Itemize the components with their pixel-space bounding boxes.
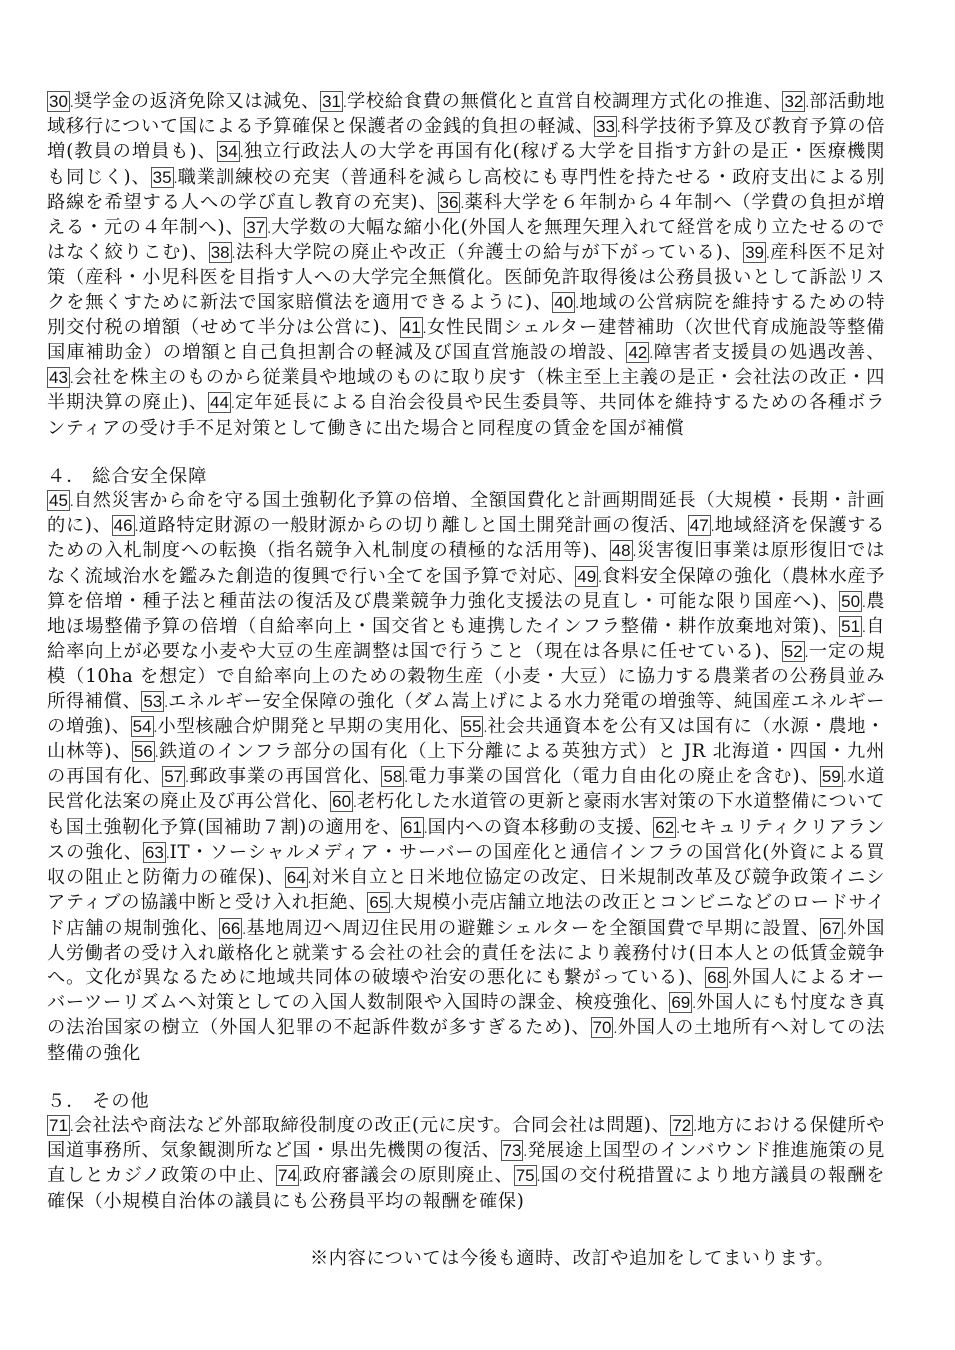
item-text: 基地周辺へ周辺住民用の避難シェルターを全額国費で早期に設置	[246, 918, 801, 939]
item-number-box: 48	[610, 540, 633, 561]
item-text: 政府審議会の原則廃止	[303, 1165, 495, 1186]
item-separator: 、	[556, 566, 575, 587]
item-separator: 、	[607, 342, 626, 363]
item-separator: 、	[762, 641, 781, 662]
item-number-box: 41	[400, 317, 423, 338]
policy-item: 30.奨学金の返済免除又は減免、	[47, 91, 320, 112]
item-number-box: 35	[151, 167, 174, 188]
item-separator: 、	[723, 242, 743, 263]
item-separator: 、	[380, 317, 400, 338]
item-separator: 、	[800, 766, 820, 787]
item-separator: 、	[348, 892, 367, 913]
item-text: 小型核融合炉開発と早期の実用化	[157, 716, 441, 737]
item-separator: 、	[575, 116, 594, 137]
item-number-box: 62	[653, 817, 676, 838]
policy-item: 71.会社法や商法など外部取締役制度の改正(元に戻す。合同会社は問題)、	[47, 1115, 670, 1136]
item-number-box: 64	[285, 867, 308, 888]
item-separator: 、	[533, 292, 552, 313]
item-separator: 、	[669, 515, 688, 536]
item-number-box: 73	[501, 1140, 524, 1161]
item-separator: 、	[189, 392, 208, 413]
item-number-box: 70	[591, 1017, 614, 1038]
item-text: 法科大学院の廃止や改正（弁護士の給与が下がっている)	[235, 242, 723, 263]
policy-item: 54.小型核融合炉開発と早期の実用化、	[131, 716, 461, 737]
policy-item: 31.学校給食費の無償化と直営自校調理方式化の推進、	[320, 91, 782, 112]
item-text: 学校給食費の無償化と直営自校調理方式化の推進	[347, 91, 764, 112]
item-number-box: 43	[47, 367, 70, 388]
item-number-box: 74	[276, 1165, 299, 1186]
item-number-box: 31	[320, 91, 343, 112]
item-separator: 、	[866, 342, 885, 363]
item-separator: 、	[764, 91, 783, 112]
item-separator: 、	[650, 992, 669, 1013]
item-number-box: 72	[670, 1115, 693, 1136]
item-number-box: 49	[575, 566, 598, 587]
item-separator: 、	[362, 766, 381, 787]
section-other: 71.会社法や商法など外部取締役制度の改正(元に戻す。合同会社は問題)、72.地…	[47, 1114, 885, 1214]
item-separator: 、	[265, 867, 285, 888]
item-separator: 、	[124, 842, 143, 863]
item-text: 電力事業の国営化（電力自由化の廃止を含む)	[408, 766, 800, 787]
item-number-box: 69	[669, 992, 692, 1013]
item-separator: 、	[801, 918, 820, 939]
item-separator: 、	[634, 817, 653, 838]
item-number-box: 61	[401, 817, 424, 838]
item-number-box: 45	[47, 490, 70, 511]
item-separator: 、	[820, 591, 839, 612]
policy-item: 46.道路特定財源の一般財源からの切り離しと国土開発計画の復活、	[112, 515, 688, 536]
item-number-box: 46	[112, 515, 135, 536]
item-separator: 、	[482, 1140, 501, 1161]
item-separator: 、	[189, 242, 209, 263]
item-separator: 、	[257, 1165, 276, 1186]
item-number-box: 34	[217, 141, 240, 162]
revision-footnote: ※内容については今後も適時、改訂や追加をしてまいります。	[310, 1244, 834, 1270]
item-separator: 、	[442, 716, 461, 737]
item-number-box: 68	[705, 967, 728, 988]
item-number-box: 52	[782, 641, 805, 662]
item-separator: 、	[820, 616, 839, 637]
item-number-box: 71	[47, 1115, 70, 1136]
item-number-box: 65	[367, 892, 390, 913]
section-education-welfare: 30.奨学金の返済免除又は減免、31.学校給食費の無償化と直営自校調理方式化の推…	[47, 90, 885, 441]
item-separator: 、	[652, 1115, 671, 1136]
item-separator: 、	[418, 192, 437, 213]
item-number-box: 51	[839, 616, 862, 637]
item-separator: 、	[112, 741, 132, 762]
policy-item: 66.基地周辺へ周辺住民用の避難シェルターを全額国費で早期に設置、	[219, 918, 820, 939]
policy-item: 58.電力事業の国営化（電力自由化の廃止を含む)、	[381, 766, 819, 787]
item-separator: 、	[686, 967, 705, 988]
policy-item: 57.郵政事業の再国営化、	[162, 766, 381, 787]
item-text: 郵政事業の再国営化	[189, 766, 362, 787]
item-separator: 、	[131, 167, 150, 188]
item-separator: 、	[197, 141, 217, 162]
item-separator: 、	[143, 766, 162, 787]
item-number-box: 42	[626, 342, 649, 363]
item-number-box: 37	[244, 217, 267, 238]
item-number-box: 32	[782, 91, 805, 112]
item-text: 会社法や商法など外部取締役制度の改正(元に戻す。合同会社は問題)	[74, 1115, 652, 1136]
section-title-security: ４． 総合安全保障	[47, 465, 885, 489]
item-separator: 、	[571, 1017, 590, 1038]
item-separator: 、	[382, 817, 401, 838]
item-separator: 、	[301, 91, 320, 112]
item-text: 道路特定財源の一般財源からの切り離しと国土開発計画の復活	[138, 515, 668, 536]
item-text: 国内への資本移動の支援	[428, 817, 635, 838]
item-number-box: 59	[820, 766, 843, 787]
item-number-box: 53	[141, 691, 164, 712]
item-number-box: 54	[131, 716, 154, 737]
policy-item: 61.国内への資本移動の支援、	[401, 817, 653, 838]
item-number-box: 57	[162, 766, 185, 787]
item-number-box: 63	[143, 842, 166, 863]
item-number-box: 39	[743, 242, 766, 263]
item-number-box: 66	[219, 918, 242, 939]
section-security: 45.自然災害から命を守る国土強靭化予算の倍増、全額国費化と計画期間延長（大規模…	[47, 489, 885, 1066]
item-number-box: 50	[839, 591, 862, 612]
item-number-box: 56	[132, 741, 155, 762]
policy-item: 74.政府審議会の原則廃止、	[276, 1165, 514, 1186]
item-number-box: 33	[594, 116, 617, 137]
item-separator: 、	[225, 217, 244, 238]
item-number-box: 44	[208, 392, 231, 413]
item-text: 奨学金の返済免除又は減免	[74, 91, 301, 112]
item-number-box: 30	[47, 91, 70, 112]
policy-document: 30.奨学金の返済免除又は減免、31.学校給食費の無償化と直営自校調理方式化の推…	[47, 90, 885, 1214]
item-separator: 、	[311, 791, 330, 812]
item-number-box: 47	[688, 515, 711, 536]
item-number-box: 55	[461, 716, 484, 737]
item-text: 障害者支援員の処遇改善	[653, 342, 866, 363]
item-separator: 、	[495, 1165, 514, 1186]
item-number-box: 67	[820, 918, 843, 939]
item-separator: 、	[93, 515, 112, 536]
item-number-box: 58	[381, 766, 404, 787]
policy-item: 38.法科大学院の廃止や改正（弁護士の給与が下がっている)、	[209, 242, 743, 263]
item-separator: 、	[590, 540, 609, 561]
item-number-box: 38	[209, 242, 232, 263]
item-separator: 、	[200, 918, 219, 939]
item-number-box: 75	[514, 1165, 537, 1186]
section-title-other: ５． その他	[47, 1090, 885, 1114]
item-number-box: 40	[552, 292, 575, 313]
policy-item: 42.障害者支援員の処遇改善、	[626, 342, 885, 363]
item-separator: 、	[122, 691, 141, 712]
item-separator: 、	[112, 716, 131, 737]
item-number-box: 36	[438, 192, 461, 213]
item-number-box: 60	[330, 791, 353, 812]
